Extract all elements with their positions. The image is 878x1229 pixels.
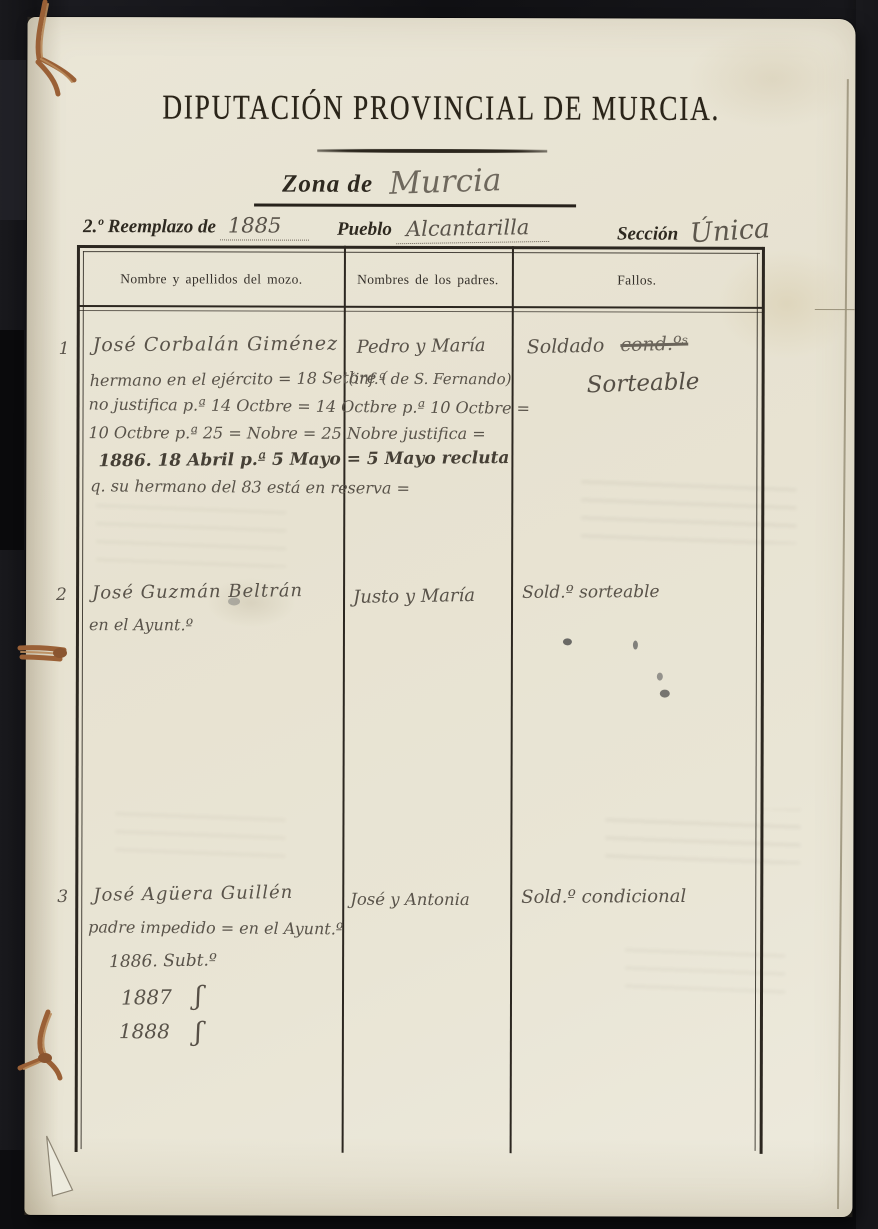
mozo-year-line: 1886. Subt.º — [109, 950, 217, 972]
reemplazo-group: 2.º Reemplazo de 1885 — [83, 213, 309, 239]
pueblo-group: Pueblo Alcantarilla — [337, 216, 549, 244]
ditto-mark-icon: ʃ — [195, 1017, 202, 1047]
title-ornament-rule — [317, 149, 547, 154]
table-border-right-inner — [755, 253, 758, 1151]
reemplazo-value: 1885 — [220, 213, 310, 240]
mozo-note-line: 10 Octbre p.ª 25 = Nobre = 25 Nobre just… — [88, 423, 485, 443]
table-border-top — [79, 245, 764, 249]
seccion-value: Única — [689, 213, 771, 249]
mozo-year-line: 1887 — [121, 985, 172, 1010]
background-stripe — [0, 330, 24, 550]
document-title-wrap: DIPUTACIÓN PROVINCIAL DE MURCIA. — [91, 89, 791, 127]
ink-smudge — [633, 641, 638, 650]
mozo-name: José Corbalán Giménez — [93, 333, 338, 356]
table-border-right — [760, 247, 765, 1154]
mozo-note-line: padre impedido = en el Ayunt.º — [88, 917, 343, 938]
mozo-note-line: en el Ayunt.º — [89, 615, 193, 634]
header-fallos: Fallos. — [512, 272, 762, 289]
header-nombre-mozo: Nombre y apellidos del mozo. — [79, 271, 344, 288]
scanned-document: DIPUTACIÓN PROVINCIAL DE MURCIA. Zona de… — [0, 0, 878, 1229]
row-number: 2 — [56, 585, 67, 605]
ink-smudge — [657, 673, 663, 681]
ink-smudge — [660, 690, 670, 698]
fallo-word: Soldado — [526, 335, 604, 359]
mozo-note-line: 1886. 18 Abril p.ª 5 Mayo = 5 Mayo reclu… — [98, 448, 509, 471]
ink-smudge — [563, 638, 572, 645]
row-number: 1 — [59, 339, 70, 359]
mozo-note-line: hermano en el ejército = 18 Setbre ( — [90, 368, 388, 390]
parents-note: (inf.ª de S. Fernando) — [349, 370, 512, 388]
document-title: DIPUTACIÓN PROVINCIAL DE MURCIA. — [162, 87, 720, 129]
zona-line: Zona de Murcia — [282, 164, 501, 201]
reemplazo-label: 2.º Reemplazo de — [83, 216, 216, 237]
seccion-group: Sección Única — [617, 215, 770, 246]
background-stripe — [856, 0, 878, 1229]
page-edge-line — [815, 309, 855, 310]
folded-corner — [34, 1132, 94, 1214]
header-separator-inner — [79, 310, 764, 313]
seccion-label: Sección — [617, 223, 678, 244]
fallo-text: Sold.º condicional — [521, 886, 686, 908]
ditto-mark-icon: ʃ — [195, 981, 202, 1011]
fallo-text: Soldado cond.ºˢ — [526, 333, 688, 359]
mozo-name: José Agüera Guillén — [93, 882, 293, 906]
mozo-note-line: q. su hermano del 83 está en reserva = — [90, 476, 410, 498]
parents-names: Pedro y María — [357, 335, 486, 358]
fallo-struck-word: cond.ºˢ — [620, 333, 688, 357]
parents-names: Justo y María — [353, 585, 475, 608]
zona-label: Zona de — [282, 171, 373, 198]
document-page: DIPUTACIÓN PROVINCIAL DE MURCIA. Zona de… — [24, 17, 855, 1217]
mozo-name: José Guzmán Beltrán — [92, 580, 303, 603]
background-stripe — [0, 60, 26, 220]
fallo-text-2: Sorteable — [586, 369, 700, 399]
zona-value: Murcia — [389, 162, 502, 202]
table-border-top-inner — [83, 251, 760, 254]
fallo-text: Sold.º sorteable — [522, 582, 660, 603]
mozo-note-line: no justifica p.ª 14 Octbre = 14 Octbre p… — [88, 395, 530, 418]
zona-underline — [254, 204, 576, 208]
page-edge-line — [837, 79, 848, 1209]
parents-names: José y Antonia — [350, 890, 470, 909]
pueblo-value: Alcantarilla — [396, 215, 550, 244]
header-nombres-padres: Nombres de los padres. — [344, 272, 512, 288]
table-border-left-inner — [81, 251, 84, 1149]
header-separator — [79, 305, 764, 309]
mozo-year-line: 1888 — [119, 1019, 170, 1043]
ink-smudge — [228, 597, 240, 605]
row-number: 3 — [57, 887, 68, 907]
table-border-left — [75, 245, 80, 1152]
pueblo-label: Pueblo — [337, 219, 392, 240]
